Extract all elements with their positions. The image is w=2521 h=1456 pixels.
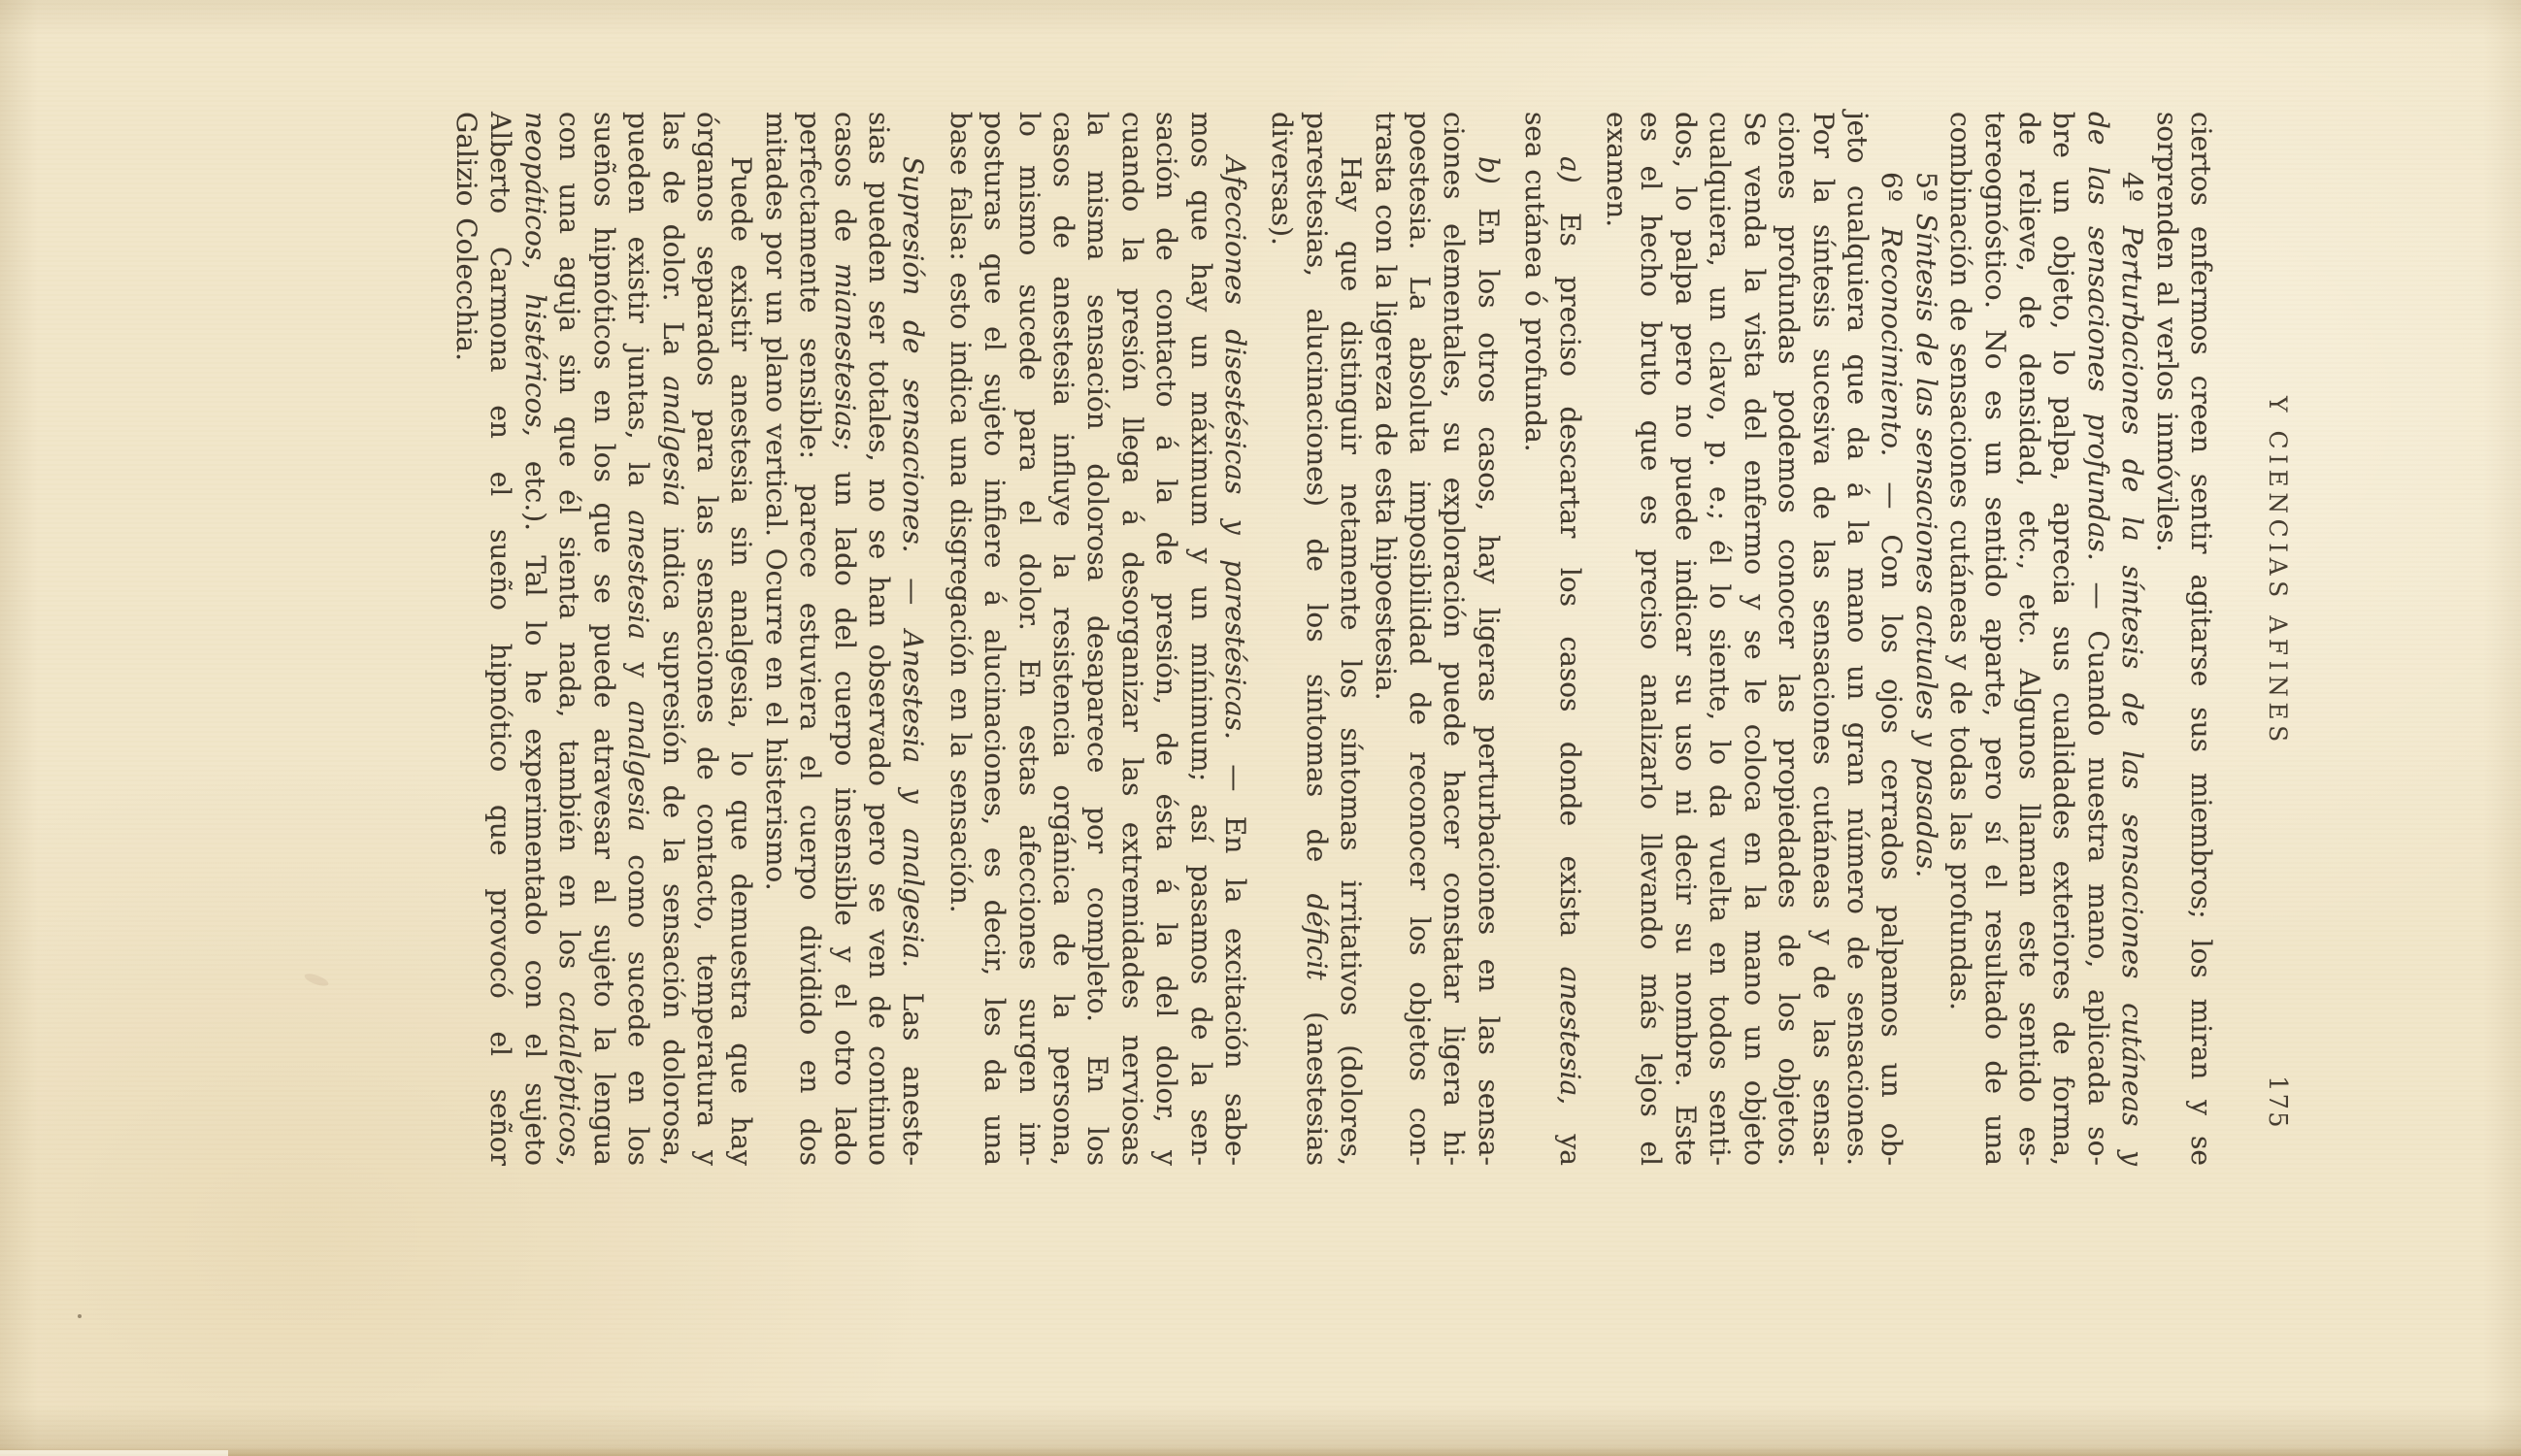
text-line: ciertos enfermos creen sentir agitarse s… — [2184, 112, 2218, 1166]
text-segment: dos, lo palpa pero no puede indicar su u… — [1670, 112, 1702, 1166]
text-line: 5º Síntesis de las sensaciones actuales … — [1908, 112, 1942, 1166]
text-line: poestesia. La absoluta imposibilidad de … — [1403, 112, 1437, 1166]
text-segment: ciertos enfermos creen sentir agitarse s… — [2185, 112, 2217, 1166]
text-line: sueños hipnóticos en los que se puede at… — [586, 112, 620, 1166]
text-line: Galizio Colecchia. — [449, 112, 483, 1166]
text-segment: sorprenden al verlos inmóviles. — [2151, 112, 2183, 552]
text-segment: y — [622, 640, 654, 701]
text-segment: Galizio Colecchia. — [450, 112, 482, 361]
text-line: sea cutánea ó profunda. — [1518, 112, 1552, 1166]
text-segment: — Con los ojos cerrados palpamos un ob- — [1875, 456, 1907, 1166]
paper-speck — [78, 1314, 82, 1318]
text-line: base falsa: esto indica una disgregación… — [943, 112, 977, 1166]
text-segment: ciones profundas podemos conocer las pro… — [1773, 112, 1805, 1166]
text-segment: jeto cualquiera que da á la mano un gran… — [1841, 112, 1874, 1166]
text-line: 6º Reconocimiento. — Con los ojos cerrad… — [1874, 112, 1908, 1166]
running-title: Y CIENCIAS AFINES — [2264, 396, 2292, 747]
italic-text-segment: Afecciones disestésicas y parestésicas. — [1219, 156, 1251, 740]
text-segment: ya — [1554, 1105, 1586, 1166]
italic-text-segment: Reconocimiento. — [1875, 227, 1907, 456]
text-line: Puede existir anestesia sin analgesia, l… — [724, 112, 758, 1166]
text-line: cualquiera, un clavo, p. e.; él lo sient… — [1703, 112, 1737, 1166]
text-segment: lo mismo sucede para el dolor. En estas … — [1013, 112, 1045, 1166]
italic-text-segment: neopáticos, histéricos, — [519, 112, 551, 437]
text-line: posturas que el sujeto infiere á alucina… — [978, 112, 1012, 1166]
text-line: de relieve, de densidad, etc., etc. Algu… — [2012, 112, 2046, 1166]
text-segment: perfectamente sensible: parece estuviera… — [794, 112, 826, 1166]
italic-text-segment: Síntesis de las sensaciones actuales y p… — [1910, 214, 1942, 878]
text-line: Se venda la vista del enfermo y se le co… — [1737, 112, 1771, 1166]
text-segment: 4º — [2116, 172, 2148, 226]
page-header: Y CIENCIAS AFINES 175 — [2253, 0, 2292, 1456]
text-segment: de relieve, de densidad, etc., etc. Algu… — [2013, 112, 2045, 1166]
text-segment: Es preciso descartar los casos donde exi… — [1554, 183, 1586, 967]
text-line: 4º Perturbaciones de la síntesis de las … — [2115, 112, 2149, 1166]
italic-text-segment: analgesia — [657, 376, 689, 507]
text-segment: sueños hipnóticos en los que se puede at… — [588, 112, 620, 1166]
text-line: sación de contacto á la de presión, de é… — [1149, 112, 1183, 1166]
text-line: ciones elementales, su exploración puede… — [1437, 112, 1471, 1166]
text-segment: base falsa: esto indica una disgregación… — [945, 112, 977, 913]
text-segment: como sucede en los — [622, 832, 654, 1166]
text-line: a) Es preciso descartar los casos donde … — [1552, 112, 1586, 1166]
text-segment: órganos separados para las sensaciones d… — [691, 112, 723, 1166]
italic-text-segment: catalépticos, — [553, 991, 585, 1166]
text-line: diversas). — [1265, 112, 1299, 1166]
text-segment: — En la excitación sabe- — [1219, 740, 1251, 1166]
text-line: la misma sensación dolorosa desaparece p… — [1080, 112, 1114, 1166]
text-line: lo mismo sucede para el dolor. En estas … — [1012, 112, 1045, 1166]
text-line: Por la síntesis sucesiva de las sensacio… — [1806, 112, 1840, 1166]
text-line: Alberto Carmona en el sueño hipnótico qu… — [483, 112, 517, 1166]
italic-text-segment: Anestesia y analgesia. — [897, 630, 929, 968]
text-segment: la misma sensación dolorosa desaparece p… — [1081, 112, 1113, 1166]
text-segment: ciones elementales, su exploración puede… — [1438, 112, 1470, 1166]
text-segment: — Cuando nuestra mano, aplicada so- — [2082, 561, 2114, 1166]
text-line: sias pueden ser totales, no se han obser… — [862, 112, 896, 1166]
italic-text-segment: b) — [1473, 156, 1505, 184]
text-segment: poestesia. La absoluta imposibilidad de … — [1404, 112, 1436, 1166]
text-line: casos de anestesia influye la resistenci… — [1046, 112, 1080, 1166]
text-segment: con una aguja sin que él sienta nada, ta… — [553, 112, 585, 991]
text-line: de las sensaciones profundas. — Cuando n… — [2080, 112, 2114, 1166]
text-segment: trasta con la ligereza de esta hipoestes… — [1370, 112, 1402, 701]
text-line: dos, lo palpa pero no puede indicar su u… — [1669, 112, 1703, 1166]
text-line: las de dolor. La analgesia indica supres… — [655, 112, 689, 1166]
text-segment: Puede existir anestesia sin analgesia, l… — [725, 156, 757, 1166]
rotated-page-sheet: Y CIENCIAS AFINES 175 ciertos enfermos c… — [0, 0, 2521, 1456]
italic-text-segment: déficit — [1301, 894, 1333, 980]
text-segment: posturas que el sujeto infiere á alucina… — [979, 112, 1011, 1166]
text-segment: las de dolor. La — [657, 112, 689, 376]
text-line: bre un objeto, lo palpa, aprecia sus cua… — [2046, 112, 2080, 1166]
text-segment: Se venda la vista del enfermo y se le co… — [1739, 112, 1771, 1166]
text-line: mos que hay un máximum y un mínimum; así… — [1183, 112, 1217, 1166]
text-line: jeto cualquiera que da á la mano un gran… — [1841, 112, 1874, 1166]
text-segment: cuando la presión llega á desorganizar l… — [1116, 112, 1148, 1166]
text-line: neopáticos, histéricos, etc.). Tal lo he… — [518, 112, 552, 1166]
text-segment: casos de — [829, 112, 861, 263]
text-line: Hay que distinguir netamente los síntoma… — [1334, 112, 1368, 1166]
text-segment: diversas). — [1266, 112, 1298, 246]
text-segment: sea cutánea ó profunda. — [1519, 112, 1551, 452]
text-segment: parestesias, alucinaciones) de los sínto… — [1301, 112, 1333, 894]
text-segment: cualquiera, un clavo, p. e.; él lo sient… — [1704, 112, 1736, 1166]
text-segment: Las aneste- — [897, 968, 929, 1166]
text-segment: examen. — [1601, 112, 1633, 227]
text-segment: combinación de sensaciones cutáneas y de… — [1944, 112, 1976, 1010]
text-line: mitades por un plano vertical. Ocurre en… — [758, 112, 792, 1166]
text-line: ciones profundas podemos conocer las pro… — [1772, 112, 1806, 1166]
text-segment: sias pueden ser totales, no se han obser… — [863, 112, 895, 1166]
body-text: ciertos enfermos creen sentir agitarse s… — [449, 112, 2218, 1166]
text-segment: sación de contacto á la de presión, de é… — [1150, 112, 1182, 1166]
text-segment: tereognóstico. No es un sentido aparte, … — [1979, 112, 2011, 1166]
text-segment: Hay que distinguir netamente los síntoma… — [1335, 156, 1367, 1166]
italic-text-segment: de las sensaciones profundas. — [2082, 112, 2114, 561]
text-line: pueden existir juntas, la anestesia y an… — [621, 112, 655, 1166]
text-segment: mitades por un plano vertical. Ocurre en… — [760, 112, 792, 891]
text-segment: casos de anestesia influye la resistenci… — [1047, 112, 1079, 1166]
text-segment: mos que hay un máximum y un mínimum; así… — [1185, 112, 1217, 1166]
text-segment: — — [897, 553, 929, 630]
text-line: b) En los otros casos, hay ligeras pertu… — [1471, 112, 1505, 1166]
text-segment: 5º — [1910, 172, 1942, 214]
text-segment: Por la síntesis sucesiva de las sensacio… — [1808, 112, 1840, 1166]
text-line: con una aguja sin que él sienta nada, ta… — [552, 112, 586, 1166]
text-line: sorprenden al verlos inmóviles. — [2149, 112, 2183, 1166]
text-line: casos de mianestesias; un lado del cuerp… — [827, 112, 861, 1166]
text-segment: En los otros casos, hay ligeras perturba… — [1473, 184, 1505, 1166]
text-line: trasta con la ligereza de esta hipoestes… — [1368, 112, 1402, 1166]
text-line: tereognóstico. No es un sentido aparte, … — [1977, 112, 2011, 1166]
italic-text-segment: analgesia — [622, 701, 654, 832]
text-line: parestesias, alucinaciones) de los sínto… — [1299, 112, 1333, 1166]
italic-text-segment: anestesia, — [1554, 967, 1586, 1105]
text-segment: 6º — [1875, 172, 1907, 227]
text-line: Afecciones disestésicas y parestésicas. … — [1218, 112, 1252, 1166]
text-line: examen. — [1600, 112, 1634, 1166]
text-line: Supresión de sensaciones. — Anestesia y … — [896, 112, 930, 1166]
text-line: combinación de sensaciones cutáneas y de… — [1943, 112, 1977, 1166]
page-edge-shadow — [0, 1446, 2521, 1456]
text-segment: bre un objeto, lo palpa, aprecia sus cua… — [2047, 112, 2079, 1166]
italic-text-segment: mianestesias; — [829, 263, 861, 450]
text-segment: indica supresión de la sensación doloros… — [657, 507, 689, 1166]
text-line: perfectamente sensible: parece estuviera… — [793, 112, 827, 1166]
text-segment: (anestesias — [1301, 980, 1333, 1166]
text-line: órganos separados para las sensaciones d… — [690, 112, 724, 1166]
text-segment: etc.). Tal lo he experimentado con el su… — [519, 437, 551, 1166]
italic-text-segment: Perturbaciones de la síntesis de las sen… — [2116, 226, 2148, 1166]
italic-text-segment: anestesia — [622, 510, 654, 640]
italic-text-segment: a) — [1554, 156, 1586, 183]
scanned-book-page: Y CIENCIAS AFINES 175 ciertos enfermos c… — [0, 0, 2521, 1456]
page-number: 175 — [2263, 1075, 2292, 1130]
text-segment: un lado del cuerpo insensible y el otro … — [829, 450, 861, 1166]
text-segment: pueden existir juntas, la — [622, 112, 654, 510]
page-edge-highlight — [0, 1450, 228, 1456]
text-segment: es el hecho bruto que es preciso analiza… — [1636, 112, 1668, 1166]
text-line: cuando la presión llega á desorganizar l… — [1114, 112, 1148, 1166]
italic-text-segment: Supresión de sensaciones. — [897, 156, 929, 553]
text-line: es el hecho bruto que es preciso analiza… — [1634, 112, 1668, 1166]
text-segment: Alberto Carmona en el sueño hipnótico qu… — [485, 112, 517, 1166]
